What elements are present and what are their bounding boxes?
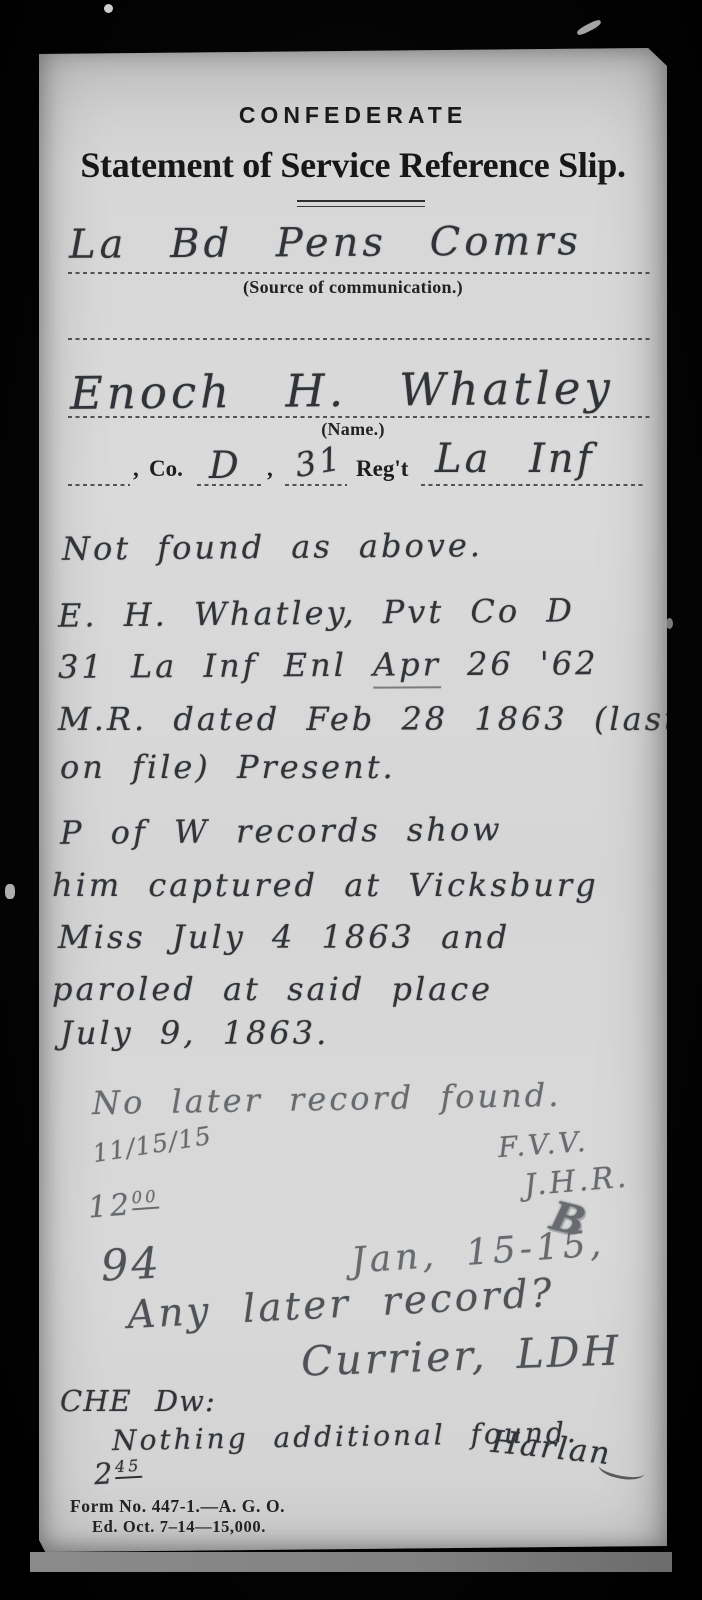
reply-date-annotation: Jan, 15-15, xyxy=(350,1223,606,1282)
scan-scratch xyxy=(576,18,602,36)
enlist-month-underlined: Apr xyxy=(373,645,441,688)
unit-comma-2: , xyxy=(267,456,273,482)
note-line: No later record found. xyxy=(92,1076,562,1122)
unit-dots-lead xyxy=(68,484,130,486)
blank-dotted-line xyxy=(68,338,650,340)
note-line: him captured at Vicksburg xyxy=(52,866,599,904)
name-value: Enoch H. Whatley xyxy=(70,361,614,420)
scan-speck xyxy=(5,884,15,899)
scan-bottom-edge-band xyxy=(30,1552,672,1572)
unit-regt-label: Reg't xyxy=(356,456,408,482)
source-dotted-line xyxy=(68,272,650,274)
source-caption: (Source of communication.) xyxy=(39,277,667,298)
query-line: Any later record? xyxy=(126,1271,556,1338)
unit-regt-number-value: 31 xyxy=(292,438,346,485)
page-title: Statement of Service Reference Slip. xyxy=(39,144,667,186)
clerk-signature: Currier, LDH xyxy=(300,1326,622,1385)
enlist-post: 26 '62 xyxy=(441,644,599,683)
scan-speck xyxy=(666,618,673,629)
note-line: M.R. dated Feb 28 1863 (last xyxy=(58,700,680,738)
enlist-pre: 31 La Inf Enl xyxy=(58,646,373,686)
scan-speck xyxy=(104,4,113,13)
fee2-annotation: 245 xyxy=(93,1455,142,1491)
note-line-enlistment: 31 La Inf Enl Apr 26 '62 xyxy=(58,644,599,686)
unit-dots-regiment xyxy=(421,484,643,486)
file-date-annotation: 11/15/15 xyxy=(90,1121,213,1168)
signature-flourish xyxy=(597,1455,646,1485)
note-line: P of W records show xyxy=(60,810,503,852)
note-line: July 9, 1863. xyxy=(60,1014,329,1052)
fee2-dollars: 2 xyxy=(93,1456,116,1491)
unit-dots-regt-number xyxy=(285,484,347,486)
note-line: on file) Present. xyxy=(60,748,396,786)
fee-annotation: 1200 xyxy=(87,1186,160,1226)
fee-dollars: 12 xyxy=(87,1187,134,1225)
unit-company-value: D xyxy=(209,444,242,487)
final-signature: Harlan xyxy=(489,1424,613,1472)
form-number-footer: Form No. 447-1.—A. G. O. xyxy=(70,1496,285,1517)
form-header-label: CONFEDERATE xyxy=(39,102,667,129)
unit-comma: , xyxy=(133,456,139,482)
unit-co-label: Co. xyxy=(149,456,183,482)
examiner-initials-1: F.V.V. xyxy=(497,1125,590,1164)
note-line: E. H. Whatley, Pvt Co D xyxy=(58,591,575,634)
page-number-annotation: 94 xyxy=(100,1238,163,1291)
edition-footer: Ed. Oct. 7–14—15,000. xyxy=(92,1517,266,1537)
checker-initials: CHE Dw: xyxy=(60,1384,216,1418)
unit-regiment-value: La Inf xyxy=(435,436,595,482)
reference-slip-paper: CONFEDERATE Statement of Service Referen… xyxy=(39,48,667,1552)
fee2-cents: 45 xyxy=(115,1456,142,1479)
scanned-document-page: CONFEDERATE Statement of Service Referen… xyxy=(0,0,702,1600)
note-line: paroled at said place xyxy=(52,970,493,1008)
note-line: Miss July 4 1863 and xyxy=(58,918,510,956)
source-value: La Bd Pens Comrs xyxy=(69,218,582,268)
fee-cents: 00 xyxy=(131,1187,159,1211)
note-line: Not found as above. xyxy=(62,526,483,568)
title-divider-rule xyxy=(297,200,425,207)
